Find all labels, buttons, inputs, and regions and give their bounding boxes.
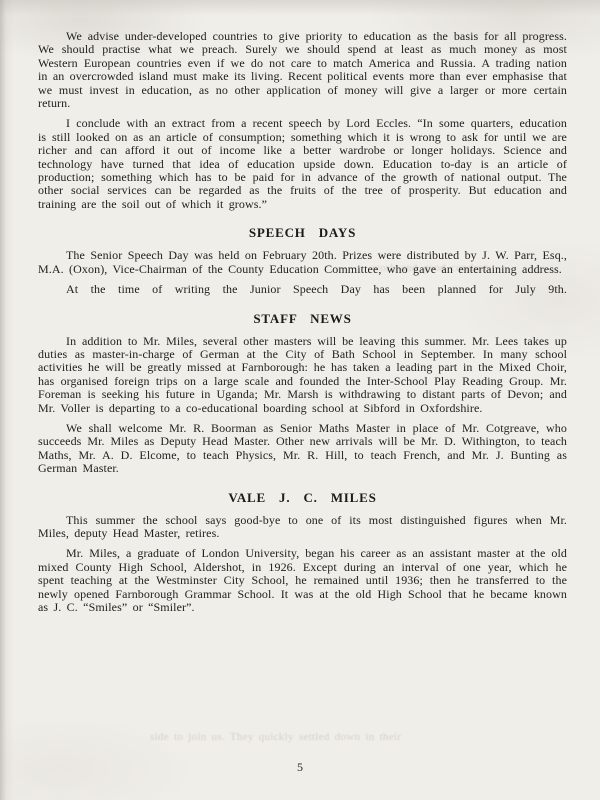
vale-paragraph-1: This summer the school says good-bye to …: [38, 514, 567, 541]
bleedthrough-text: side to join us. They quickly settled do…: [150, 731, 401, 743]
section-heading-vale-j-c-miles: VALE J. C. MILES: [38, 491, 567, 505]
speech-days-paragraph-2: At the time of writing the Junior Speech…: [38, 283, 567, 296]
section-heading-speech-days: SPEECH DAYS: [38, 226, 567, 240]
speech-days-paragraph-1: The Senior Speech Day was held on Februa…: [38, 249, 567, 276]
vale-paragraph-2: Mr. Miles, a graduate of London Universi…: [38, 547, 567, 614]
page-content: We advise under-developed countries to g…: [38, 30, 567, 621]
page-number: 5: [0, 760, 600, 775]
intro-paragraph-2: I conclude with an extract from a recent…: [38, 117, 567, 211]
intro-paragraph-1: We advise under-developed countries to g…: [38, 30, 567, 110]
section-heading-staff-news: STAFF NEWS: [38, 312, 567, 326]
staff-news-paragraph-1: In addition to Mr. Miles, several other …: [38, 335, 567, 415]
staff-news-paragraph-2: We shall welcome Mr. R. Boorman as Senio…: [38, 422, 567, 476]
scanned-page: { "colors": { "paper": "#f0eee9", "ink":…: [0, 0, 600, 800]
